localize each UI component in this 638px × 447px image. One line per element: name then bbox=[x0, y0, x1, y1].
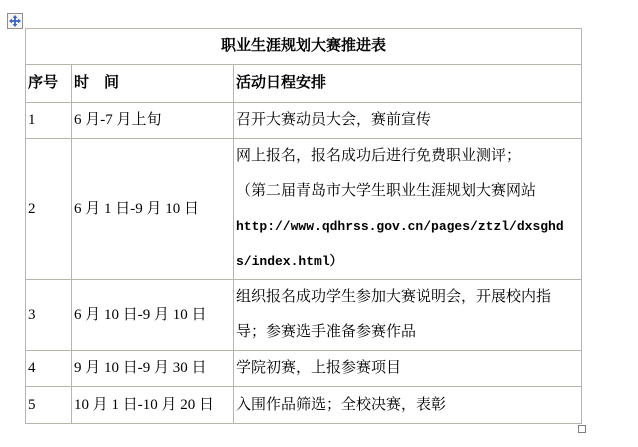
cell-no: 5 bbox=[26, 387, 72, 424]
table-row: 1 6 月-7 月上旬 召开大赛动员大会，赛前宣传 bbox=[26, 103, 582, 139]
cell-time: 9 月 10 日-9 月 30 日 bbox=[72, 351, 234, 387]
table-row-title: 职业生涯规划大赛推进表 bbox=[26, 29, 582, 65]
header-time: 时 间 bbox=[72, 65, 234, 103]
header-activity: 活动日程安排 bbox=[234, 65, 582, 103]
cell-time: 10 月 1 日-10 月 20 日 bbox=[72, 387, 234, 424]
cell-no: 3 bbox=[26, 280, 72, 351]
table-row: 4 9 月 10 日-9 月 30 日 学院初赛，上报参赛项目 bbox=[26, 351, 582, 387]
activity-line: 网上报名，报名成功后进行免费职业测评； bbox=[236, 139, 579, 174]
table-title: 职业生涯规划大赛推进表 bbox=[26, 29, 582, 65]
cell-no: 4 bbox=[26, 351, 72, 387]
activity-line: 召开大赛动员大会，赛前宣传 bbox=[236, 103, 579, 138]
move-cross-icon bbox=[9, 15, 21, 27]
cell-activity: 入围作品筛选；全校决赛，表彰 bbox=[234, 387, 582, 424]
activity-line: （第二届青岛市大学生职业生涯规划大赛网站 bbox=[236, 174, 579, 209]
cell-activity: 网上报名，报名成功后进行免费职业测评； （第二届青岛市大学生职业生涯规划大赛网站… bbox=[234, 139, 582, 280]
cell-activity: 组织报名成功学生参加大赛说明会，开展校内指导；参赛选手准备参赛作品 bbox=[234, 280, 582, 351]
table-header-row: 序号 时 间 活动日程安排 bbox=[26, 65, 582, 103]
cell-no: 1 bbox=[26, 103, 72, 139]
header-seq: 序号 bbox=[26, 65, 72, 103]
schedule-table: 职业生涯规划大赛推进表 序号 时 间 活动日程安排 1 6 月-7 月上旬 召开… bbox=[25, 28, 582, 424]
cell-activity: 学院初赛，上报参赛项目 bbox=[234, 351, 582, 387]
table-move-handle[interactable] bbox=[7, 13, 23, 29]
cell-activity: 召开大赛动员大会，赛前宣传 bbox=[234, 103, 582, 139]
table-row: 2 6 月 1 日-9 月 10 日 网上报名，报名成功后进行免费职业测评； （… bbox=[26, 139, 582, 280]
table-row: 3 6 月 10 日-9 月 10 日 组织报名成功学生参加大赛说明会，开展校内… bbox=[26, 280, 582, 351]
activity-line: 学院初赛，上报参赛项目 bbox=[236, 351, 579, 386]
table-row: 5 10 月 1 日-10 月 20 日 入围作品筛选；全校决赛，表彰 bbox=[26, 387, 582, 424]
cell-time: 6 月 10 日-9 月 10 日 bbox=[72, 280, 234, 351]
activity-line: 入围作品筛选；全校决赛，表彰 bbox=[236, 388, 579, 423]
table-resize-handle[interactable] bbox=[578, 425, 586, 433]
cell-time: 6 月-7 月上旬 bbox=[72, 103, 234, 139]
cell-time: 6 月 1 日-9 月 10 日 bbox=[72, 139, 234, 280]
activity-line: 组织报名成功学生参加大赛说明会，开展校内指导；参赛选手准备参赛作品 bbox=[236, 280, 579, 350]
document-page: 职业生涯规划大赛推进表 序号 时 间 活动日程安排 1 6 月-7 月上旬 召开… bbox=[0, 0, 638, 447]
cell-no: 2 bbox=[26, 139, 72, 280]
activity-url-text: http://www.qdhrss.gov.cn/pages/ztzl/dxsg… bbox=[236, 209, 579, 279]
